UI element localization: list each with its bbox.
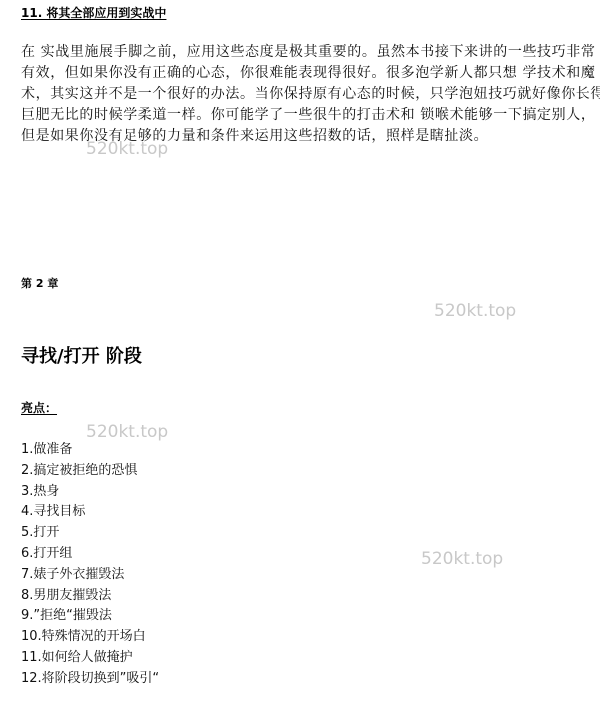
list-item: 3.热身 <box>21 482 159 503</box>
list-item: 10.特殊情况的开场白 <box>21 627 159 648</box>
paragraph-line: 但是如果你没有足够的力量和条件来运用这些招数的话，照样是瞎扯淡。 <box>21 126 581 147</box>
list-item: 2.搞定被拒绝的恐惧 <box>21 461 159 482</box>
paragraph-line: 有效，但如果你没有正确的心态，你很难能表现得很好。很多泡学新人都只想 学技术和魔 <box>21 63 581 84</box>
highlights-label: 亮点： <box>21 401 65 415</box>
list-item: 4.寻找目标 <box>21 502 159 523</box>
highlights-list: 1.做准备 2.搞定被拒绝的恐惧 3.热身 4.寻找目标 5.打开 6.打开组 … <box>21 440 159 690</box>
list-item: 12.将阶段切换到”吸引“ <box>21 669 159 690</box>
list-item: 8.男朋友摧毁法 <box>21 586 159 607</box>
chapter-title: 寻找/打开 阶段 <box>21 346 142 368</box>
watermark: 520kt.top <box>434 301 516 321</box>
list-item: 11.如何给人做掩护 <box>21 648 159 669</box>
chapter-label: 第 2 章 <box>21 277 58 291</box>
list-item: 5.打开 <box>21 523 159 544</box>
document-page: 11. 将其全部应用到实战中 在 实战里施展手脚之前，应用这些态度是极其重要的。… <box>0 0 600 707</box>
paragraph-line: 巨肥无比的时候学柔道一样。你可能学了一些很牛的打击术和 锁喉术能够一下搞定别人， <box>21 105 581 126</box>
paragraph-line: 术，其实这并不是一个很好的办法。当你保持原有心态的时候，只学泡妞技巧就好像你长得 <box>21 84 581 105</box>
list-item: 1.做准备 <box>21 440 159 461</box>
body-paragraph: 在 实战里施展手脚之前，应用这些态度是极其重要的。虽然本书接下来讲的一些技巧非常… <box>21 42 581 147</box>
list-item: 6.打开组 <box>21 544 159 565</box>
watermark: 520kt.top <box>86 422 168 442</box>
watermark: 520kt.top <box>421 549 503 569</box>
paragraph-line: 在 实战里施展手脚之前，应用这些态度是极其重要的。虽然本书接下来讲的一些技巧非常 <box>21 42 581 63</box>
list-item: 7.婊子外衣摧毁法 <box>21 565 159 586</box>
section-heading: 11. 将其全部应用到实战中 <box>21 6 166 20</box>
list-item: 9.”拒绝“摧毁法 <box>21 606 159 627</box>
